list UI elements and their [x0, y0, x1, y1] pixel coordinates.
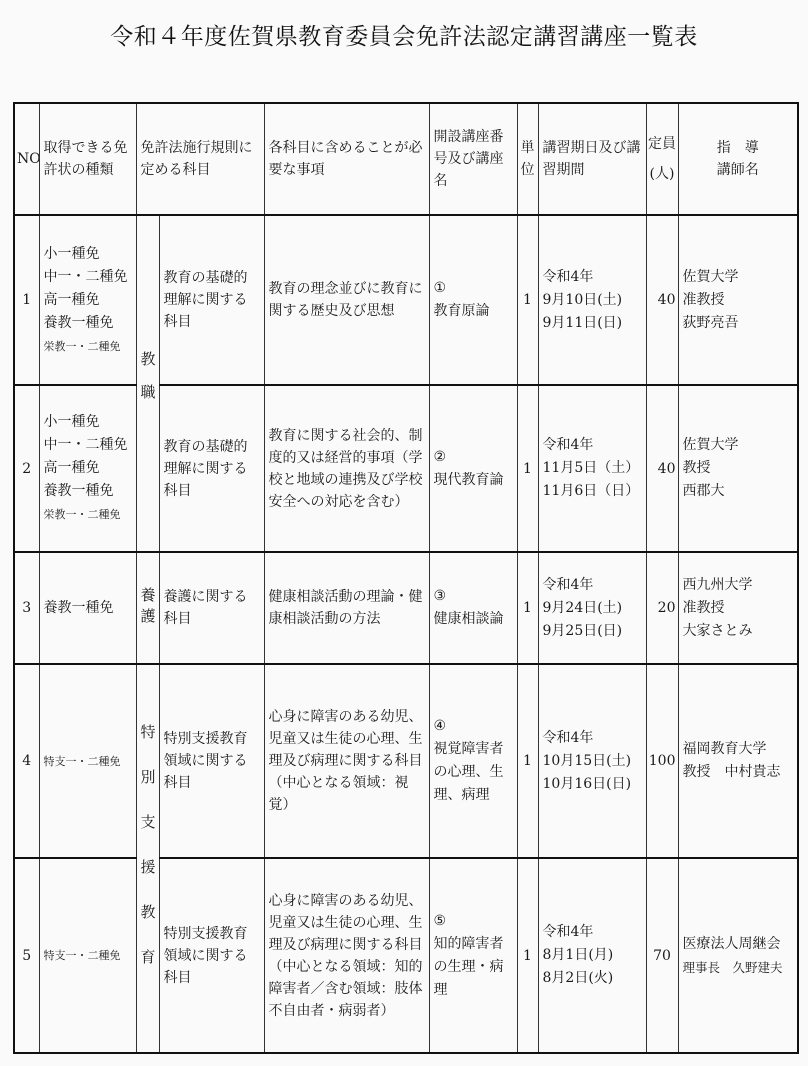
header-license-type: 取得できる免許状の種類 [39, 103, 136, 215]
instructor-affiliation: 西九州大学 [683, 574, 794, 597]
date-year: 令和4年 [543, 921, 642, 944]
category-label: 教職 [137, 351, 159, 417]
course-cell: ① 教育原論 [429, 215, 517, 385]
license-type: 養教一種免 [44, 597, 132, 620]
course-name: 知的障害者の生理・病理 [434, 933, 513, 1002]
header-instructor: 指 導 講師名 [678, 103, 798, 215]
instructor-title: 准教授 [683, 597, 794, 620]
instructor-affiliation: 福岡教育大学 [683, 738, 794, 761]
subject-cell: 養護に関する科目 [159, 552, 264, 664]
instructor-name: 西郡大 [683, 480, 794, 503]
header-dates: 講習期日及び講習期間 [538, 103, 646, 215]
row-no: 4 [14, 664, 39, 858]
instructor-affiliation: 佐賀大学 [683, 434, 794, 457]
row-no: 1 [14, 215, 39, 385]
category-label: 養護 [137, 587, 159, 629]
course-cell: ④ 視覚障害者の心理、生理、病理 [429, 664, 517, 858]
header-subject-by-rule: 免許法施行規則に定める科目 [136, 103, 264, 215]
instructor-title: 准教授 [683, 289, 794, 312]
instructor-name: 大家さとみ [683, 620, 794, 643]
instructor-affiliation: 医療法人周継会 [683, 933, 794, 956]
category-group-tokubetsu-shien: 特別支援教育 [136, 664, 159, 1053]
credits-cell: 1 [517, 552, 538, 664]
date-year: 令和4年 [543, 434, 642, 457]
course-name: 健康相談論 [434, 608, 513, 631]
course-cell: ③ 健康相談論 [429, 552, 517, 664]
required-items-cell: 心身に障害のある幼児、児童又は生徒の心理、生理及び病理に関する科目（中心となる領… [264, 858, 429, 1053]
capacity-cell: 100 [646, 664, 678, 858]
row-no: 5 [14, 858, 39, 1053]
date-start: 8月1日(月) [543, 944, 642, 967]
course-cell: ⑤ 知的障害者の生理・病理 [429, 858, 517, 1053]
category-label: 特別支援教育 [137, 724, 159, 994]
capacity-cell: 40 [646, 215, 678, 385]
dates-cell: 令和4年 11月5日（土） 11月6日（日） [538, 385, 646, 552]
license-types-cell: 小一種免 中一・二種免 高一種免 養教一種免 栄教一・二種免 [39, 385, 136, 552]
course-number: ④ [434, 715, 513, 738]
subject-cell: 教育の基礎的理解に関する科目 [159, 385, 264, 552]
subject-cell: 特別支援教育領域に関する科目 [159, 664, 264, 858]
dates-cell: 令和4年 10月15日(土) 10月16日(日) [538, 664, 646, 858]
required-items-cell: 教育の理念並びに教育に関する歴史及び思想 [264, 215, 429, 385]
subject-cell: 特別支援教育領域に関する科目 [159, 858, 264, 1053]
license-types-cell: 特支一・二種免 [39, 858, 136, 1053]
date-start: 9月24日(土) [543, 597, 642, 620]
date-start: 10月15日(土) [543, 750, 642, 773]
header-required-items: 各科目に含めることが必要な事項 [264, 103, 429, 215]
instructor-name: 理事長 久野建夫 [683, 956, 794, 979]
date-end: 9月25日(日) [543, 620, 642, 643]
course-number: ② [434, 446, 513, 469]
credits-cell: 1 [517, 664, 538, 858]
instructor-title: 教授 [683, 457, 794, 480]
license-type: 栄教一・二種免 [44, 503, 132, 526]
credits-cell: 1 [517, 215, 538, 385]
credits-cell: 1 [517, 385, 538, 552]
instructor-cell: 佐賀大学 教授 西郡大 [678, 385, 798, 552]
header-credits: 単位 [517, 103, 538, 215]
required-items-cell: 健康相談活動の理論・健康相談活動の方法 [264, 552, 429, 664]
category-group-kyoshoku: 教職 [136, 215, 159, 552]
course-name: 視覚障害者の心理、生理、病理 [434, 738, 513, 807]
required-items-cell: 教育に関する社会的、制度的又は経営的事項（学校と地域の連携及び学校安全への対応を… [264, 385, 429, 552]
header-course-name: 開設講座番号及び講座名 [429, 103, 517, 215]
license-types-cell: 養教一種免 [39, 552, 136, 664]
license-type: 中一・二種免 [44, 266, 132, 289]
table-row: 2 小一種免 中一・二種免 高一種免 養教一種免 栄教一・二種免 教育の基礎的理… [14, 385, 798, 552]
license-type: 中一・二種免 [44, 434, 132, 457]
license-type: 小一種免 [44, 243, 132, 266]
instructor-cell: 西九州大学 准教授 大家さとみ [678, 552, 798, 664]
course-number: ③ [434, 585, 513, 608]
date-start: 11月5日（土） [543, 457, 642, 480]
header-row: NO 取得できる免許状の種類 免許法施行規則に定める科目 各科目に含めることが必… [14, 103, 798, 215]
header-capacity: 定員(人) [646, 103, 678, 215]
date-end: 8月2日(火) [543, 967, 642, 990]
instructor-affiliation: 佐賀大学 [683, 266, 794, 289]
instructor-cell: 福岡教育大学 教授 中村貴志 [678, 664, 798, 858]
dates-cell: 令和4年 8月1日(月) 8月2日(火) [538, 858, 646, 1053]
license-types-cell: 小一種免 中一・二種免 高一種免 養教一種免 栄教一・二種免 [39, 215, 136, 385]
course-number: ① [434, 277, 513, 300]
subject-cell: 教育の基礎的理解に関する科目 [159, 215, 264, 385]
date-start: 9月10日(土) [543, 289, 642, 312]
license-type: 小一種免 [44, 411, 132, 434]
row-no: 3 [14, 552, 39, 664]
license-type: 特支一・二種免 [44, 750, 132, 773]
dates-cell: 令和4年 9月10日(土) 9月11日(日) [538, 215, 646, 385]
course-name: 教育原論 [434, 300, 513, 323]
document-title: 令和４年度佐賀県教育委員会免許法認定講習講座一覧表 [0, 18, 808, 51]
course-cell: ② 現代教育論 [429, 385, 517, 552]
capacity-cell: 70 [646, 858, 678, 1053]
table-row: 1 小一種免 中一・二種免 高一種免 養教一種免 栄教一・二種免 教職 教育の基… [14, 215, 798, 385]
date-year: 令和4年 [543, 266, 642, 289]
instructor-cell: 医療法人周継会 理事長 久野建夫 [678, 858, 798, 1053]
required-items-cell: 心身に障害のある幼児、児童又は生徒の心理、生理及び病理に関する科目（中心となる領… [264, 664, 429, 858]
date-year: 令和4年 [543, 574, 642, 597]
license-type: 栄教一・二種免 [44, 335, 132, 358]
table-row: 4 特支一・二種免 特別支援教育 特別支援教育領域に関する科目 心身に障害のある… [14, 664, 798, 858]
license-type: 特支一・二種免 [44, 944, 132, 967]
instructor-name: 教授 中村貴志 [683, 761, 794, 784]
license-type: 高一種免 [44, 289, 132, 312]
license-type: 養教一種免 [44, 480, 132, 503]
license-types-cell: 特支一・二種免 [39, 664, 136, 858]
license-type: 高一種免 [44, 457, 132, 480]
instructor-cell: 佐賀大学 准教授 荻野亮吾 [678, 215, 798, 385]
header-no: NO [14, 103, 39, 215]
table-row: 3 養教一種免 養護 養護に関する科目 健康相談活動の理論・健康相談活動の方法 … [14, 552, 798, 664]
instructor-name: 荻野亮吾 [683, 312, 794, 335]
dates-cell: 令和4年 9月24日(土) 9月25日(日) [538, 552, 646, 664]
license-type: 養教一種免 [44, 312, 132, 335]
course-table: NO 取得できる免許状の種類 免許法施行規則に定める科目 各科目に含めることが必… [13, 102, 799, 1054]
date-end: 10月16日(日) [543, 773, 642, 796]
credits-cell: 1 [517, 858, 538, 1053]
table-row: 5 特支一・二種免 特別支援教育領域に関する科目 心身に障害のある幼児、児童又は… [14, 858, 798, 1053]
course-name: 現代教育論 [434, 469, 513, 492]
capacity-cell: 40 [646, 385, 678, 552]
date-year: 令和4年 [543, 727, 642, 750]
category-group-yogo: 養護 [136, 552, 159, 664]
course-number: ⑤ [434, 910, 513, 933]
capacity-cell: 20 [646, 552, 678, 664]
date-end: 9月11日(日) [543, 312, 642, 335]
date-end: 11月6日（日） [543, 480, 642, 503]
row-no: 2 [14, 385, 39, 552]
